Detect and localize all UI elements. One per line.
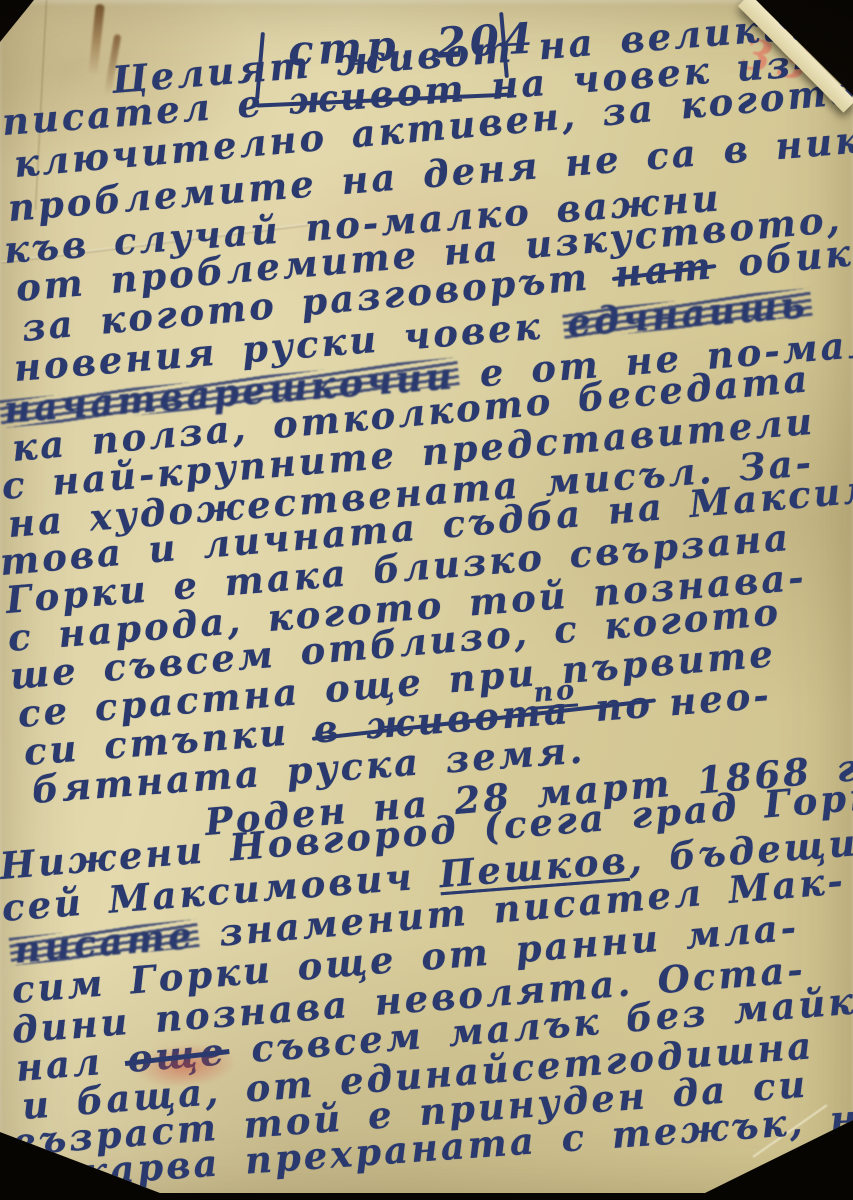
manuscript-page: стр. 204 33 Целият живот на великияписат… — [0, 0, 853, 1200]
strike-segment: нат — [613, 243, 716, 296]
text-segment: нео- — [643, 673, 773, 727]
handwritten-text: Целият живот на великияписател е живот н… — [0, 0, 853, 1200]
photo-background: стр. 204 33 Целият живот на великияписат… — [0, 0, 853, 1200]
insert-segment: по — [533, 676, 579, 709]
